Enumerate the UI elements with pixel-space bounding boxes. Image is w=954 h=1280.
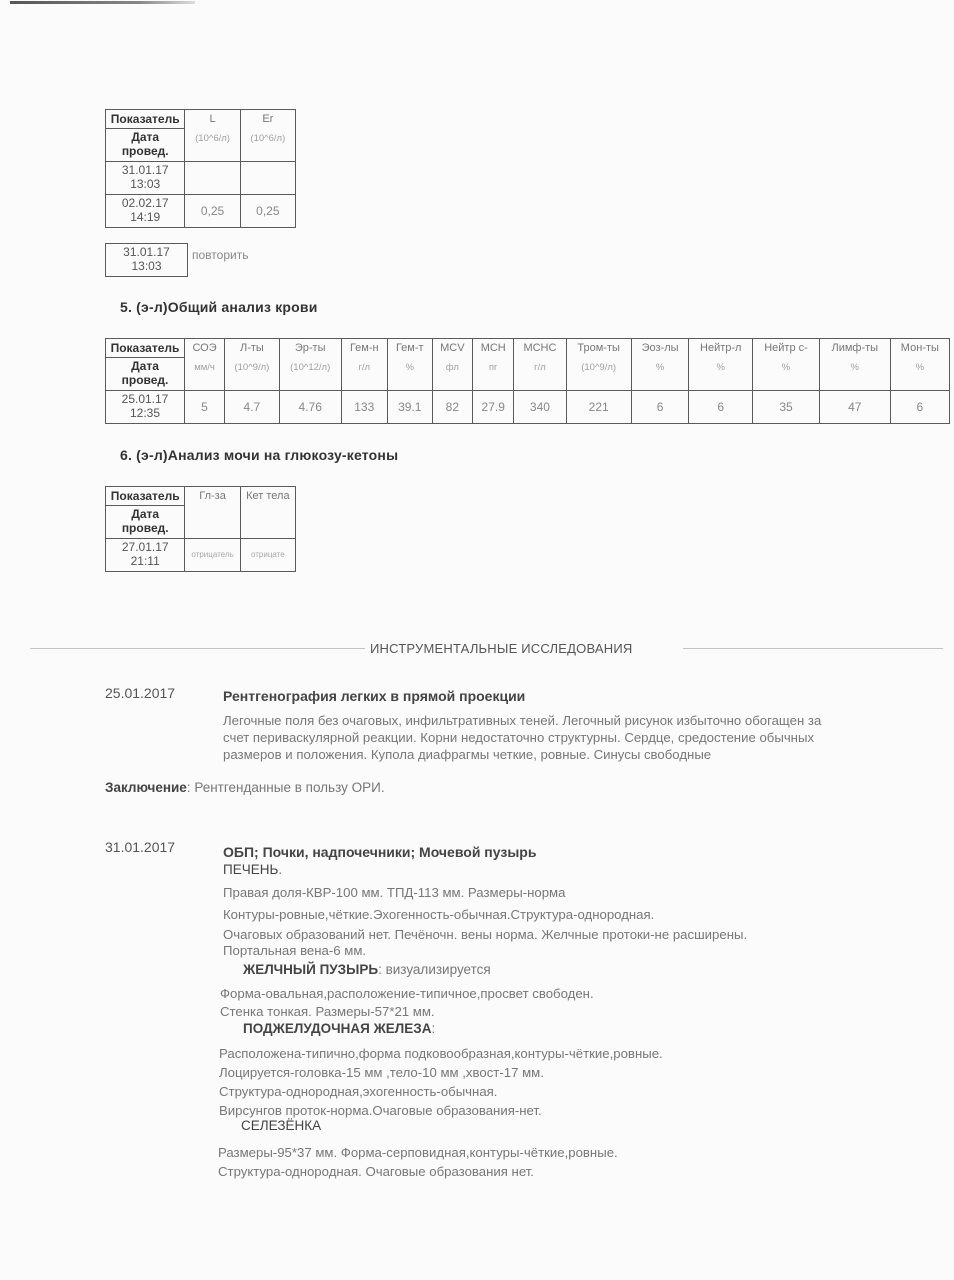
table-cell: 4.76 (279, 391, 341, 424)
pancreas-text: Вирсунгов проток-норма.Очаговые образова… (219, 1102, 542, 1119)
section-title-cbc: 5. (э-л)Общий анализ крови (120, 299, 318, 315)
repeat-note: повторить (192, 248, 248, 262)
column-header: Гем-т% (387, 339, 432, 391)
column-header: MCVфл (432, 339, 472, 391)
table-cell: 133 (341, 391, 387, 424)
table-header-label: Показатель (106, 339, 185, 358)
pancreas-text: Расположена-типично,форма подковообразна… (219, 1045, 663, 1062)
column-header: Эр-ты(10^12/л) (279, 339, 341, 391)
xray-title: Рентгенография легких в прямой проекции (223, 688, 525, 704)
pancreas-heading: ПОДЖЕЛУДОЧНАЯ ЖЕЛЕЗА: (243, 1021, 435, 1036)
pancreas-text: Структура-однородная,эхогенность-обычная… (219, 1083, 497, 1100)
column-header: Гем-нг/л (341, 339, 387, 391)
heading-rule-right (683, 648, 943, 649)
column-header: Er(10^6/л) (240, 110, 295, 162)
column-header: Тром-ты(10^9/л) (566, 339, 631, 391)
pancreas-text: Лоцируется-головка-15 мм ,тело-10 мм ,хв… (219, 1064, 544, 1081)
gallbladder-text: Стенка тонкая. Размеры-57*21 мм. (220, 1003, 435, 1020)
date-label: Дата провед. (106, 506, 185, 539)
liver-heading: ПЕЧЕНЬ. (223, 862, 282, 877)
table-cell: 340 (514, 391, 566, 424)
xray-text: размеров и положения. Купола диафрагмы ч… (223, 746, 711, 763)
gallbladder-heading: ЖЕЛЧНЫЙ ПУЗЫРЬ: визуализируется (243, 962, 491, 977)
table-cell: 6 (689, 391, 753, 424)
column-header: Лимф-ты% (819, 339, 890, 391)
table-cell: 47 (819, 391, 890, 424)
column-header: Нейтр с-% (753, 339, 820, 391)
table-row: 25.01.1712:35 54.74.7613339.18227.934022… (106, 391, 950, 424)
column-header: Эоз-лы% (631, 339, 689, 391)
column-header: Л-ты(10^9/л) (225, 339, 280, 391)
scan-edge-line (10, 1, 195, 4)
column-header: СОЭмм/ч (185, 339, 225, 391)
cbc-table: Показатель СОЭмм/чЛ-ты(10^9/л)Эр-ты(10^1… (105, 338, 950, 424)
date-label: Дата провед. (106, 129, 185, 162)
table-cell: 39.1 (387, 391, 432, 424)
xray-conclusion: Заключение: Рентгенданные в пользу ОРИ. (105, 780, 385, 795)
column-header: MCHCг/л (514, 339, 566, 391)
ultrasound-title: ОБП; Почки, надпочечники; Мочевой пузырь (223, 844, 536, 860)
instrumental-heading: ИНСТРУМЕНТАЛЬНЫЕ ИССЛЕДОВАНИЯ (370, 641, 633, 656)
section-title-urine-glucose: 6. (э-л)Анализ мочи на глюкозу-кетоны (120, 447, 398, 463)
column-header: L(10^6/л) (185, 110, 240, 162)
table-cell: 221 (566, 391, 631, 424)
table-cell: 27.9 (473, 391, 514, 424)
column-header: Кет тела (240, 487, 295, 539)
gallbladder-text: Форма-овальная,расположение-типичное,про… (220, 985, 594, 1002)
ultrasound-date: 31.01.2017 (105, 839, 175, 855)
table-cell: 4.7 (225, 391, 280, 424)
table-cell: 35 (753, 391, 820, 424)
table-row: 31.01.1713:03 (106, 162, 296, 195)
heading-rule-left (30, 648, 365, 649)
spleen-text: Структура-однородная. Очаговые образован… (218, 1163, 534, 1180)
liver-text: Портальная вена-6 мм. (223, 942, 366, 959)
repeat-entry-box: 31.01.1713:03 (105, 243, 188, 277)
table-cell: 5 (185, 391, 225, 424)
liver-text: Очаговых образований нет. Печёночн. вены… (223, 926, 747, 943)
table-cell: 82 (432, 391, 472, 424)
column-header: Мон-ты% (890, 339, 949, 391)
xray-text: Легочные поля без очаговых, инфильтратив… (223, 712, 821, 729)
spleen-heading: СЕЛЕЗЁНКА (241, 1118, 321, 1133)
column-header: MCHпг (473, 339, 514, 391)
table-row: 02.02.1714:19 0,25 0,25 (106, 195, 296, 228)
xray-text: счет периваскулярной реакции. Корни недо… (223, 729, 814, 746)
liver-text: Контуры-ровные,чёткие.Эхогенность-обычна… (223, 906, 654, 923)
liver-text: Правая доля-КВР-100 мм. ТПД-113 мм. Разм… (223, 884, 565, 901)
table-header-label: Показатель (106, 487, 185, 506)
table-row: 27.01.1721:11 отрицатель отрицате (106, 539, 296, 572)
xray-date: 25.01.2017 (105, 685, 175, 701)
date-label: Дата провед. (106, 358, 185, 391)
table-cell: 6 (890, 391, 949, 424)
urine-glucose-table: Показатель Гл-за Кет тела Дата провед. 2… (105, 486, 296, 572)
column-header: Гл-за (185, 487, 240, 539)
spleen-text: Размеры-95*37 мм. Форма-серповидная,конт… (218, 1144, 618, 1161)
table-cell: 6 (631, 391, 689, 424)
column-header: Нейтр-л% (689, 339, 753, 391)
urine-cells-table: Показатель L(10^6/л) Er(10^6/л) Дата про… (105, 109, 296, 228)
table-header-label: Показатель (106, 110, 185, 129)
